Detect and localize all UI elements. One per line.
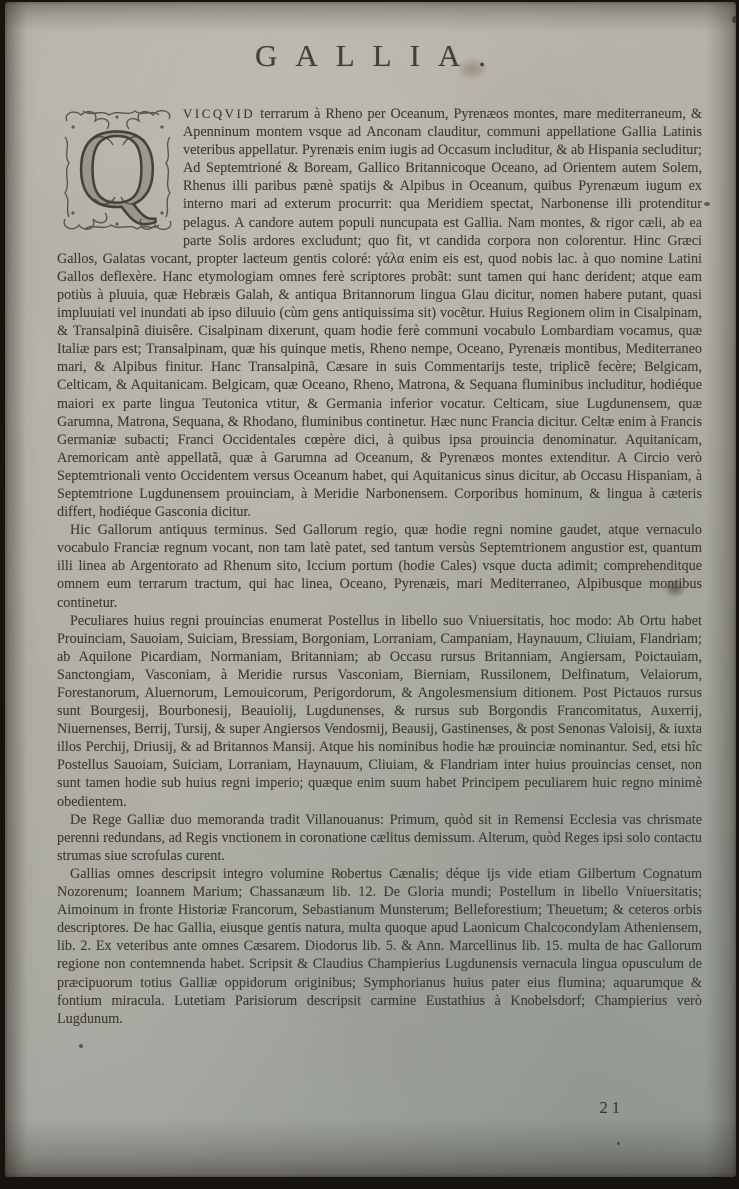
paper-speck	[704, 202, 710, 206]
paper-speck	[79, 1044, 83, 1048]
body-paragraph: De Rege Galliæ duo memoranda tradit Vill…	[57, 811, 702, 865]
drop-cap-letter: Q	[77, 107, 158, 231]
paper-speck	[732, 16, 737, 23]
body-paragraph: Peculiares huius regni prouincias enumer…	[57, 612, 702, 811]
page-number: 21	[600, 1098, 625, 1118]
paper-speck	[617, 1142, 620, 1145]
body-text: Q VICQVID terrarum à Rheno per Oceanum, …	[57, 105, 702, 1028]
drop-cap-ornament: Q	[61, 107, 174, 234]
body-paragraph: Gallias omnes descripsit integro volumin…	[57, 865, 702, 1028]
body-paragraph: Hic Gallorum antiquus terminus. Sed Gall…	[57, 521, 702, 611]
body-paragraph: Q VICQVID terrarum à Rheno per Oceanum, …	[57, 105, 702, 521]
page-title: GALLIA.	[5, 38, 736, 74]
lead-word: VICQVID	[183, 107, 255, 121]
paper-page: GALLIA.	[5, 2, 736, 1177]
book-page-photo: GALLIA.	[0, 0, 739, 1189]
